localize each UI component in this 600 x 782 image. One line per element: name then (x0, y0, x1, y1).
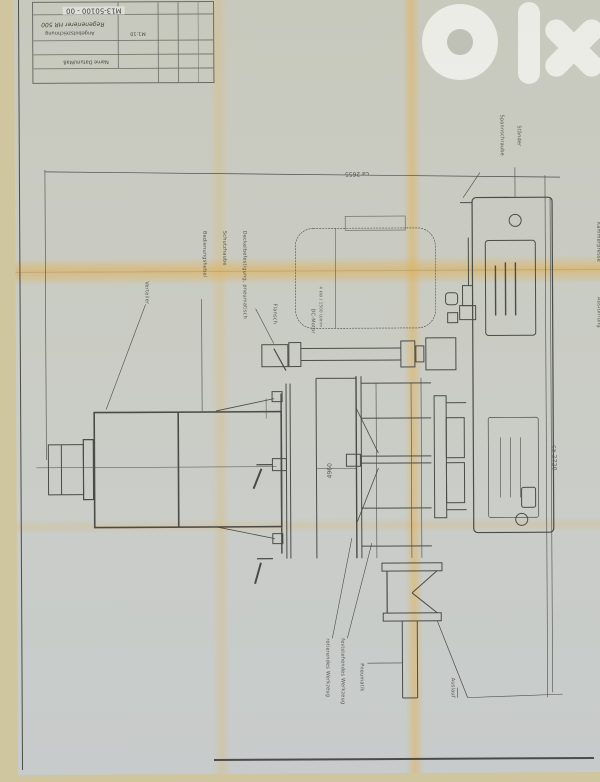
label-ausfuehrung: Ausführung (596, 297, 600, 328)
label-feststehendes-werkzeug: feststehendes Werkzeug (339, 638, 345, 704)
olx-watermark (410, 0, 600, 90)
label-bedienungshebel: Bedienungshebel (201, 231, 207, 277)
label-verteiler: Verteiler (143, 281, 149, 304)
machine-drawing: 4960 (14, 0, 600, 775)
blueprint-sheet: M13-50100 - 00 Regenerierer HR 500 Angeb… (14, 0, 600, 775)
dimension-overall-height: ca 2720 (550, 445, 557, 471)
label-motor-detail: 4 kW / 1500 U/min (319, 286, 324, 327)
label-auslauf: Auslauf (450, 678, 456, 698)
svg-text:4960: 4960 (326, 463, 333, 478)
dimension-overall-length: ca 2655 (345, 170, 369, 177)
label-spannschraube: Spannschraube (499, 114, 505, 155)
label-rotierendes-werkzeug: rotierendes Werkzeug (324, 638, 330, 697)
label-schutzhaube: Schutzhaube (221, 231, 227, 266)
label-dc-motor: DC-Motor (310, 308, 316, 333)
label-flansch: Flansch (272, 304, 278, 324)
label-pneumatik: Pneumatik (358, 663, 364, 691)
label-staender: Ständer (516, 125, 522, 146)
label-deckelbefestigung: Deckelbefestigung, pneumatisch (241, 231, 247, 319)
label-kammerpresse: Kammerpresse (595, 222, 600, 262)
blueprint-photo: M13-50100 - 00 Regenerierer HR 500 Angeb… (0, 0, 600, 782)
